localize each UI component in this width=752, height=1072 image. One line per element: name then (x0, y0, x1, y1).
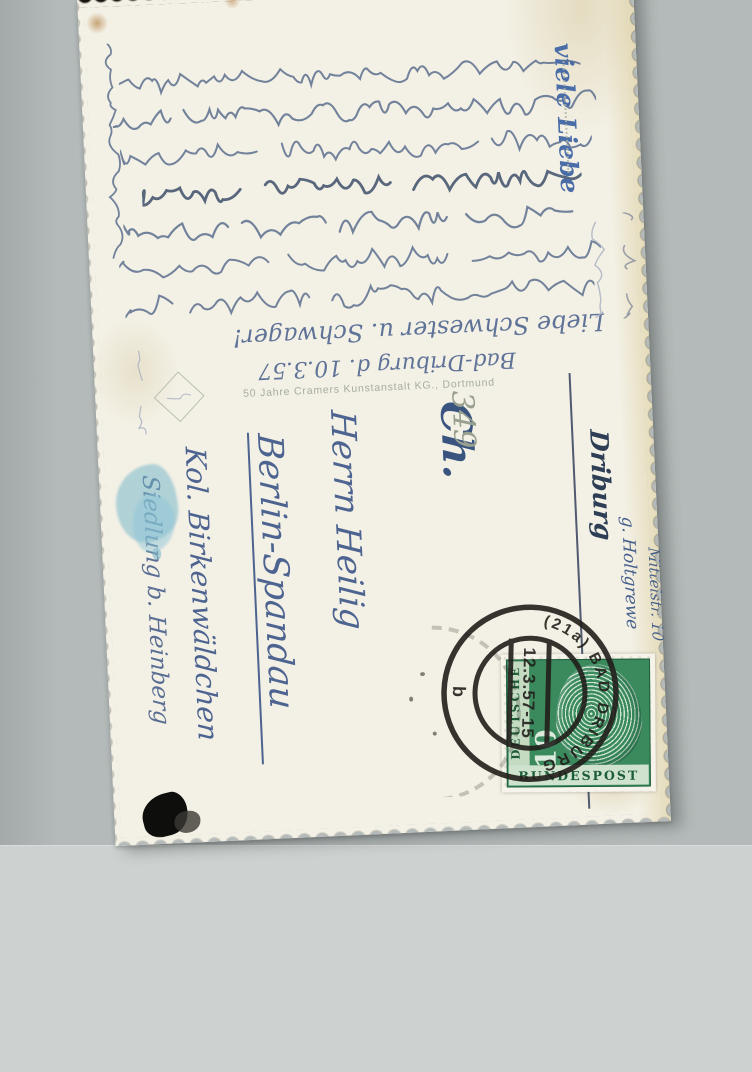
address-street: Kol. Birkenwäldchen (178, 446, 224, 742)
diamond-monogram-scrawl (167, 391, 191, 403)
sender-town: Driburg (584, 429, 618, 541)
handwritten-message-block: Bad-Driburg d. 10.3.57 Liebe Schwester u… (92, 0, 611, 390)
postmark-bridge-line (509, 639, 512, 747)
scanner-bed-lower (0, 845, 752, 1072)
postcard: Bad-Driburg d. 10.3.57 Liebe Schwester u… (77, 0, 671, 846)
address-city: Berlin-Spandau (247, 433, 304, 767)
scan-shadow-left (0, 0, 60, 845)
address-extra: Siedlung b. Heinberg (137, 474, 174, 725)
postmark-date-time: 12.3.57-15 (518, 647, 539, 739)
postmark-bridge-line (547, 640, 550, 748)
sender-block: Mittelstr. 10 g. Holtgrewe Driburg (565, 353, 752, 463)
address-recipient: Herrn Heilig (322, 409, 372, 630)
pencil-scrawl (588, 221, 610, 318)
postmark: (21a) BAD DRIBURG 12.3.57-15 b (426, 589, 635, 798)
scanner-background: Bad-Driburg d. 10.3.57 Liebe Schwester u… (0, 0, 752, 1072)
postmark-index-letter: b (449, 686, 469, 697)
ink-speck (409, 697, 413, 702)
